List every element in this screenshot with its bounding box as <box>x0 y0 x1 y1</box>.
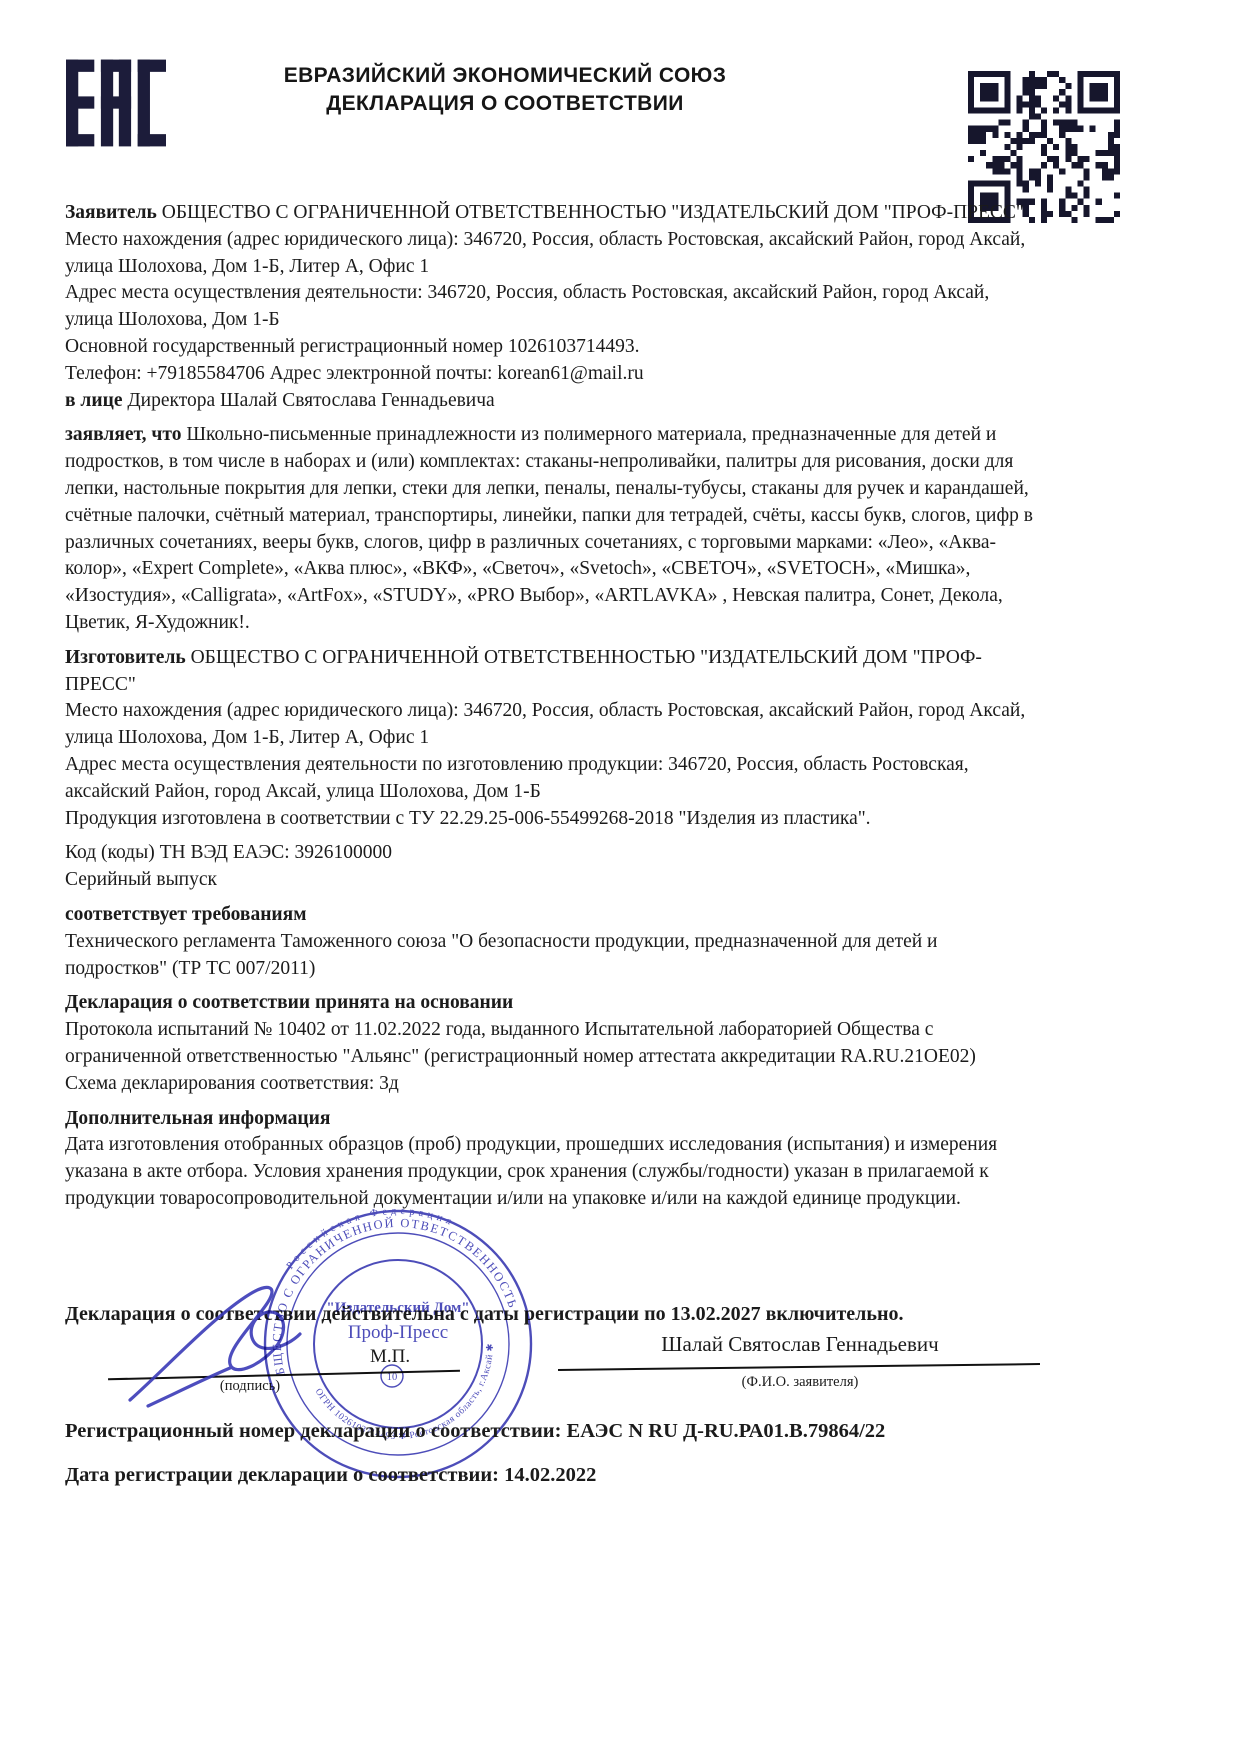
product-description: Школьно-письменные принадлежности из пол… <box>65 424 1033 633</box>
fio-line <box>558 1363 1040 1371</box>
statement-label: заявляет, что <box>65 424 182 445</box>
represented-by-value: Директора Шалай Святослава Геннадьевича <box>127 390 494 411</box>
declaration-document: ЕВРАЗИЙСКИЙ ЭКОНОМИЧЕСКИЙ СОЮЗ ДЕКЛАРАЦИ… <box>0 0 1240 1754</box>
applicant-representative: в лице Директора Шалай Святослава Геннад… <box>65 388 1037 415</box>
represented-by-label: в лице <box>65 390 122 411</box>
stamp-ring-top-text: ОБЩЕСТВО С ОГРАНИЧЕННОЙ ОТВЕТСТВЕННОСТЬЮ <box>262 1208 522 1381</box>
manufacturer-section: Изготовитель ОБЩЕСТВО С ОГРАНИЧЕННОЙ ОТВ… <box>65 645 1037 833</box>
manufacturer-address-production: Адрес места осуществления деятельности п… <box>65 752 1037 806</box>
stamp-center-line1: "Издательский Дом" <box>326 1300 469 1316</box>
applicant-section: Заявитель ОБЩЕСТВО С ОГРАНИЧЕННОЙ ОТВЕТС… <box>65 200 1037 414</box>
stamp-number: 10 <box>387 1372 398 1383</box>
additional-info-label: Дополнительная информация <box>65 1106 1037 1133</box>
document-body: Заявитель ОБЩЕСТВО С ОГРАНИЧЕННОЙ ОТВЕТС… <box>65 200 1037 1221</box>
statement-section: заявляет, что Школьно-письменные принадл… <box>65 422 1037 636</box>
applicant-address-activity: Адрес места осуществления деятельности: … <box>65 280 1037 334</box>
applicant-ogrn: Основной государственный регистрационный… <box>65 334 1037 361</box>
serial-release: Серийный выпуск <box>65 867 1037 894</box>
applicant-name: ОБЩЕСТВО С ОГРАНИЧЕННОЙ ОТВЕТСТВЕННОСТЬЮ… <box>162 202 1024 223</box>
additional-info-text: Дата изготовления отобранных образцов (п… <box>65 1132 1037 1212</box>
tnved-code: Код (коды) ТН ВЭД ЕАЭС: 3926100000 <box>65 840 1037 867</box>
compliance-label: соответствует требованиям <box>65 902 1037 929</box>
applicant-label: Заявитель <box>65 202 157 223</box>
additional-info-section: Дополнительная информация Дата изготовле… <box>65 1106 1037 1213</box>
statement-paragraph: заявляет, что Школьно-письменные принадл… <box>65 422 1037 636</box>
compliance-section: соответствует требованиям Технического р… <box>65 902 1037 982</box>
manufacturer-tu: Продукция изготовлена в соответствии с Т… <box>65 806 1037 833</box>
title-line-1: ЕВРАЗИЙСКИЙ ЭКОНОМИЧЕСКИЙ СОЮЗ <box>170 62 840 90</box>
svg-text:ОБЩЕСТВО С ОГРАНИЧЕННОЙ ОТВЕТС: ОБЩЕСТВО С ОГРАНИЧЕННОЙ ОТВЕТСТВЕННОСТЬЮ <box>262 1208 522 1381</box>
manufacturer-name: ОБЩЕСТВО С ОГРАНИЧЕННОЙ ОТВЕТСТВЕННОСТЬЮ… <box>65 647 982 695</box>
manufacturer-address-legal: Место нахождения (адрес юридического лиц… <box>65 698 1037 752</box>
registration-number: Регистрационный номер декларации о соотв… <box>65 1420 885 1443</box>
applicant-contacts: Телефон: +79185584706 Адрес электронной … <box>65 361 1037 388</box>
basis-section: Декларация о соответствии принята на осн… <box>65 990 1037 1097</box>
title-line-2: ДЕКЛАРАЦИЯ О СООТВЕТСТВИИ <box>170 90 840 118</box>
stamp-center-line2: Проф-Пресс <box>348 1322 448 1343</box>
fio-caption: (Ф.И.О. заявителя) <box>560 1374 1040 1391</box>
manufacturer-label: Изготовитель <box>65 647 186 668</box>
codes-section: Код (коды) ТН ВЭД ЕАЭС: 3926100000 Серий… <box>65 840 1037 894</box>
applicant-name-line: Заявитель ОБЩЕСТВО С ОГРАНИЧЕННОЙ ОТВЕТС… <box>65 200 1037 227</box>
manufacturer-name-line: Изготовитель ОБЩЕСТВО С ОГРАНИЧЕННОЙ ОТВ… <box>65 645 1037 699</box>
document-title: ЕВРАЗИЙСКИЙ ЭКОНОМИЧЕСКИЙ СОЮЗ ДЕКЛАРАЦИ… <box>170 62 840 119</box>
applicant-fio: Шалай Святослав Геннадьевич <box>560 1332 1040 1357</box>
eac-logo-icon <box>66 58 166 148</box>
basis-label: Декларация о соответствии принята на осн… <box>65 990 1037 1017</box>
basis-scheme: Схема декларирования соответствия: 3д <box>65 1071 1037 1098</box>
basis-protocol: Протокола испытаний № 10402 от 11.02.202… <box>65 1017 1037 1071</box>
registration-date: Дата регистрации декларации о соответств… <box>65 1464 596 1487</box>
applicant-address-legal: Место нахождения (адрес юридического лиц… <box>65 227 1037 281</box>
compliance-text: Технического регламента Таможенного союз… <box>65 929 1037 983</box>
